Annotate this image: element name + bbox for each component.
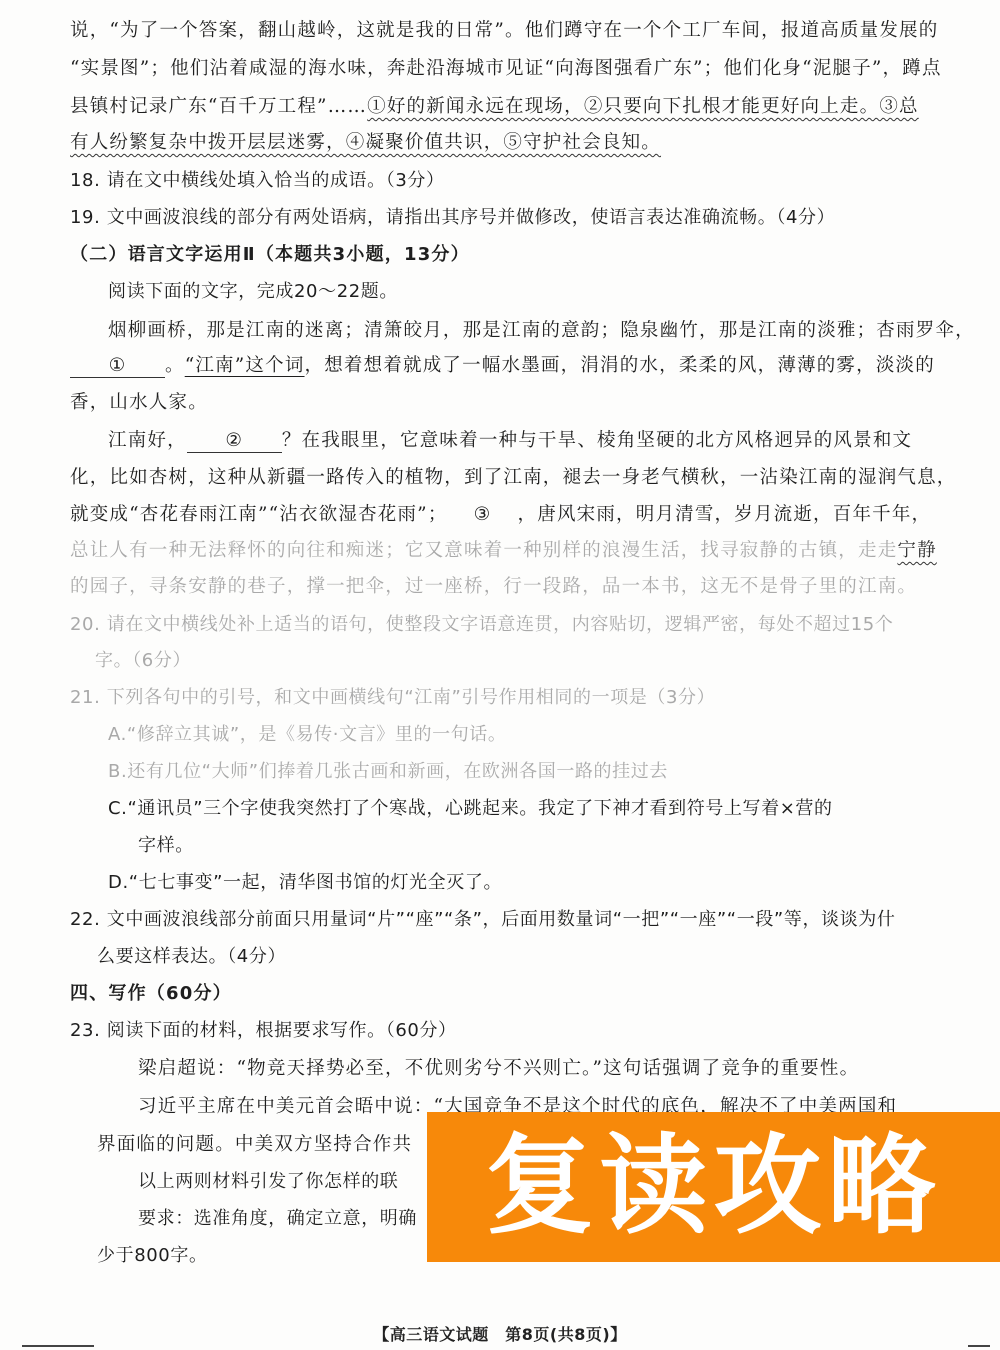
passage-line: 烟柳画桥，那是江南的迷离；清箫皎月，那是江南的意韵；隐泉幽竹，那是江南的淡雅；杏… (108, 318, 998, 344)
question-19: 19. 文中画波浪线的部分有两处语病，请指出其序号并做修改，使语言表达准确流畅。… (70, 205, 960, 231)
material-1: 梁启超说：“物竞天择势必至，不优则劣兮不兴则亡。”这句话强调了竞争的重要性。 (138, 1056, 1000, 1082)
section-heading: （二）语言文字运用Ⅱ（本题共3小题，13分） (70, 242, 960, 268)
edge-mark-right (968, 1345, 990, 1347)
passage-line: 就变成“杏花春雨江南”“沾衣欲湿杏花雨”；③，唐风宋雨，明月清雪，岁月流逝，百年… (70, 502, 960, 528)
passage-line: ①。“江南”这个词，想着想着就成了一幅水墨画，涓涓的水，柔柔的风，薄薄的雾，淡淡… (70, 353, 960, 379)
passage-text: ？在我眼里，它意味着一种与干旱、棱角坚硬的北方风格迥异的风景和文 (282, 430, 912, 451)
underlined-text: “江南”这个词 (185, 355, 305, 376)
passage-text: 就变成“杏花春雨江南”“沾衣欲湿杏花雨”； (70, 504, 448, 525)
wavy-underlined-text: 有人纷繁复杂中拨开层层迷雾，④凝聚价值共识，⑤守护社会良知。 (70, 132, 661, 153)
question-23: 23. 阅读下面的材料，根据要求写作。（60分） (70, 1018, 960, 1044)
watermark-banner: 复读攻略 (427, 1112, 1000, 1262)
question-22-cont: 么要这样表达。（4分） (97, 944, 987, 970)
question-20-cont: 字。（6分） (95, 648, 985, 674)
question-21: 21. 下列各句中的引号，和文中画横线句“江南”引号作用相同的一项是（3分） (70, 685, 960, 711)
option-label: D. (108, 872, 129, 893)
option-label: A. (108, 724, 127, 745)
option-text: “通讯员”三个字使我突然打了个寒战，心跳起来。我定了下神才看到符号上写着×营的 (128, 798, 833, 819)
question-22: 22. 文中画波浪线部分前面只用量词“片”“座”“条”，后面用数量词“一把”“一… (70, 907, 960, 933)
section-heading: 四、写作（60分） (70, 981, 960, 1007)
passage-text: ，唐风宋雨，明月清雪，岁月流逝，百年千年， (518, 504, 932, 525)
fill-blank-1: ① (70, 355, 165, 378)
option-text: “修辞立其诚”，是《易传·文言》里的一句话。 (127, 724, 507, 745)
passage-text: 县镇村记录广东“百千万工程”…… (70, 96, 367, 117)
passage-line: “实景图”；他们沾着咸湿的海水味，奔赴沿海城市见证“向海图强看广东”；他们化身“… (70, 56, 960, 82)
wavy-underlined-text: 宁静 (897, 540, 936, 561)
option-text: “七七事变”一起，清华图书馆的灯光全灭了。 (129, 872, 502, 893)
passage-text: ，想着想着就成了一幅水墨画，涓涓的水，柔柔的风，薄薄的雾，淡淡的 (305, 355, 935, 376)
question-20: 20. 请在文中横线处补上适当的语句，使整段文字语意连贯，内容贴切，逻辑严密，每… (70, 612, 960, 638)
option-d: D.“七七事变”一起，清华图书馆的灯光全灭了。 (108, 870, 998, 896)
edge-mark-left (22, 1345, 94, 1347)
option-label: C. (108, 798, 128, 819)
passage-line: 说，“为了一个答案，翻山越岭，这就是我的日常”。他们蹲守在一个个工厂车间，报道高… (70, 18, 960, 44)
passage-text: 。 (165, 355, 185, 376)
option-c-cont: 字样。 (138, 833, 1000, 859)
fill-blank-3: ③ (448, 502, 518, 528)
option-label: B. (108, 761, 127, 782)
passage-line: 县镇村记录广东“百千万工程”……①好的新闻永远在现场，②只要向下扎根才能更好向上… (70, 94, 960, 120)
passage-line: 总让人有一种无法释怀的向往和痴迷；它又意味着一种别样的浪漫生活，找寻寂静的古镇，… (70, 538, 960, 564)
passage-line: 化，比如杏树，这种从新疆一路传入的植物，到了江南，褪去一身老气横秋，一沾染江南的… (70, 465, 960, 491)
option-c: C.“通讯员”三个字使我突然打了个寒战，心跳起来。我定了下神才看到符号上写着×营… (108, 796, 998, 822)
section-intro: 阅读下面的文字，完成20～22题。 (108, 279, 998, 305)
exam-page: 说，“为了一个答案，翻山越岭，这就是我的日常”。他们蹲守在一个个工厂车间，报道高… (0, 0, 1000, 1350)
page-footer: 【高三语文试题 第8页(共8页)】 (0, 1322, 1000, 1345)
fill-blank-2: ② (187, 430, 282, 453)
passage-text: 江南好， (108, 430, 187, 451)
option-text: 还有几位“大师”们捧着几张古画和新画，在欧洲各国一路的挂过去 (127, 761, 668, 782)
passage-text: 总让人有一种无法释怀的向往和痴迷；它又意味着一种别样的浪漫生活，找寻寂静的古镇，… (70, 540, 897, 561)
question-18: 18. 请在文中横线处填入恰当的成语。（3分） (70, 168, 960, 194)
passage-line: 的园子，寻条安静的巷子，撑一把伞，过一座桥，行一段路，品一本书，这无不是骨子里的… (70, 574, 960, 600)
option-a: A.“修辞立其诚”，是《易传·文言》里的一句话。 (108, 722, 998, 748)
passage-line: 香，山水人家。 (70, 390, 960, 416)
watermark-text: 复读攻略 (485, 1133, 941, 1241)
option-b: B.还有几位“大师”们捧着几张古画和新画，在欧洲各国一路的挂过去 (108, 759, 998, 785)
passage-line: 江南好，②？在我眼里，它意味着一种与干旱、棱角坚硬的北方风格迥异的风景和文 (108, 428, 998, 454)
passage-line: 有人纷繁复杂中拨开层层迷雾，④凝聚价值共识，⑤守护社会良知。 (70, 130, 960, 156)
wavy-underlined-text: ①好的新闻永远在现场，②只要向下扎根才能更好向上走。③总 (367, 96, 919, 117)
